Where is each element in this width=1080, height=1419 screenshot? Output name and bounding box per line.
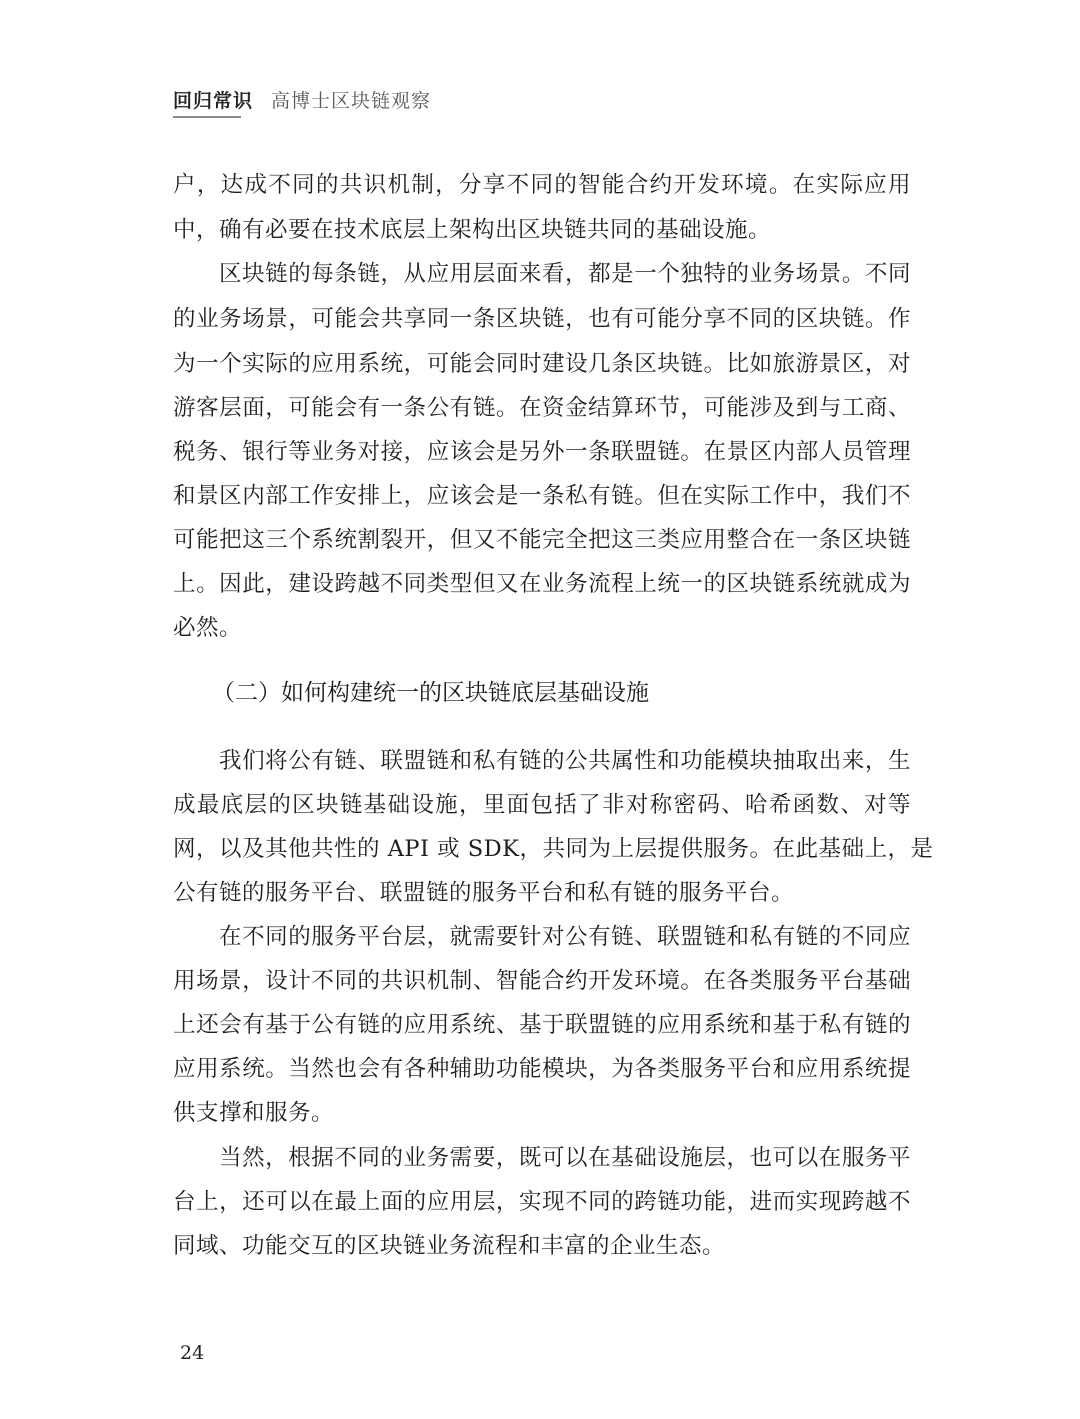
body-line: 公有链的服务平台、联盟链的服务平台和私有链的服务平台。 (173, 878, 911, 908)
series-title: 回归常识 (173, 86, 253, 113)
header-rule (173, 116, 241, 118)
body-line: 必然。 (173, 613, 911, 643)
body-line: 网，以及其他共性的 API 或 SDK，共同为上层提供服务。在此基础上，是 (173, 834, 911, 864)
body-line: 在不同的服务平台层，就需要针对公有链、联盟链和私有链的不同应 (173, 922, 911, 952)
body-line: 成最底层的区块链基础设施，里面包括了非对称密码、哈希函数、对等 (173, 790, 911, 820)
body-line: 用场景，设计不同的共识机制、智能合约开发环境。在各类服务平台基础 (173, 966, 911, 996)
body-line: 户，达成不同的共识机制，分享不同的智能合约开发环境。在实际应用 (173, 170, 911, 200)
body-line: 游客层面，可能会有一条公有链。在资金结算环节，可能涉及到与工商、 (173, 393, 911, 423)
body-line: 和景区内部工作安排上，应该会是一条私有链。但在实际工作中，我们不 (173, 481, 911, 511)
book-title: 高博士区块链观察 (271, 86, 431, 113)
body-line: 中，确有必要在技术底层上架构出区块链共同的基础设施。 (173, 215, 911, 245)
page-number: 24 (180, 1342, 204, 1364)
body-line: 同域、功能交互的区块链业务流程和丰富的企业生态。 (173, 1231, 911, 1261)
body-line: 上还会有基于公有链的应用系统、基于联盟链的应用系统和基于私有链的 (173, 1010, 911, 1040)
body-line: 上。因此，建设跨越不同类型但又在业务流程上统一的区块链系统就成为 (173, 569, 911, 599)
body-line: 的业务场景，可能会共享同一条区块链，也有可能分享不同的区块链。作 (173, 304, 911, 334)
body-line: 区块链的每条链，从应用层面来看，都是一个独特的业务场景。不同 (173, 259, 911, 289)
body-line: 税务、银行等业务对接，应该会是另外一条联盟链。在景区内部人员管理 (173, 437, 911, 467)
body-line: 当然，根据不同的业务需要，既可以在基础设施层，也可以在服务平 (173, 1143, 911, 1173)
section-heading: （二）如何构建统一的区块链底层基础设施 (212, 678, 649, 708)
body-line: 可能把这三个系统割裂开，但又不能完全把这三类应用整合在一条区块链 (173, 525, 911, 555)
running-header: 回归常识 高博士区块链观察 (173, 86, 431, 113)
body-line: 我们将公有链、联盟链和私有链的公共属性和功能模块抽取出来，生 (173, 746, 911, 776)
body-line: 台上，还可以在最上面的应用层，实现不同的跨链功能，进而实现跨越不 (173, 1187, 911, 1217)
body-line: 为一个实际的应用系统，可能会同时建设几条区块链。比如旅游景区，对 (173, 349, 911, 379)
body-line: 供支撑和服务。 (173, 1098, 911, 1128)
body-line: 应用系统。当然也会有各种辅助功能模块，为各类服务平台和应用系统提 (173, 1054, 911, 1084)
